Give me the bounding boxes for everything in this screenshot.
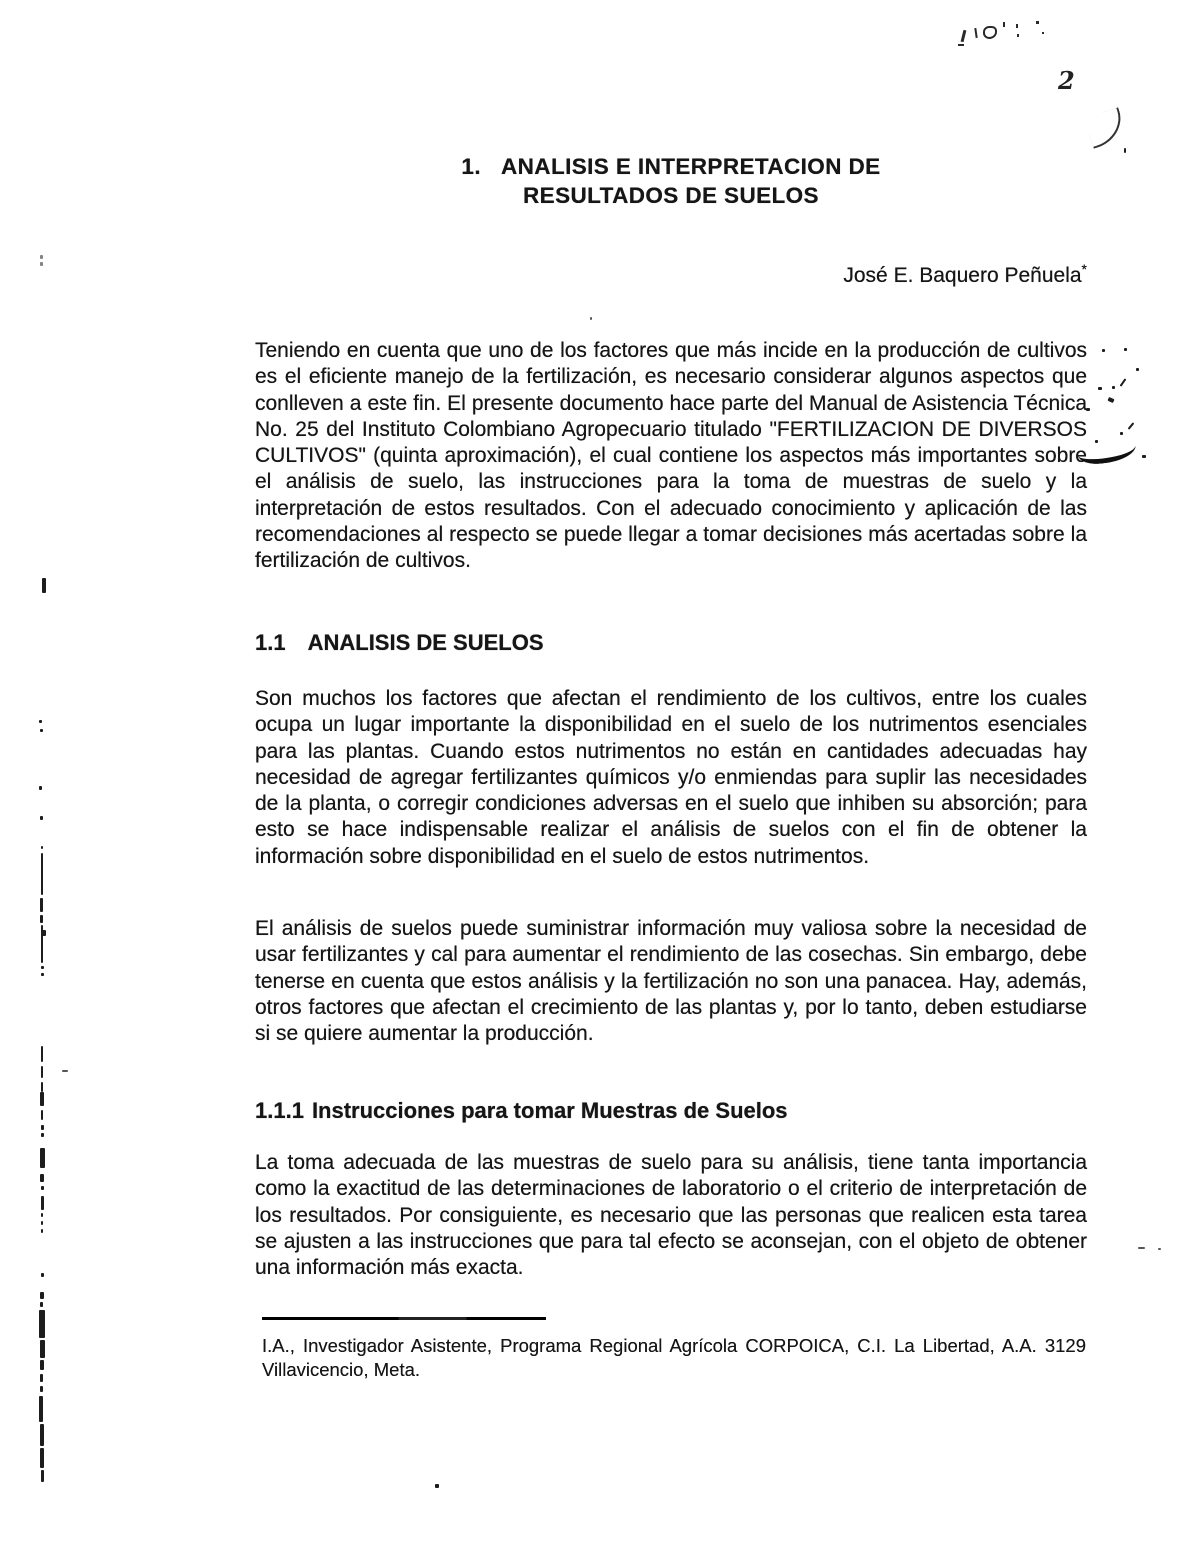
section-1-1-paragraph-1: Son muchos los factores que afectan el r… [255, 686, 1087, 870]
title-text-line1: ANALISIS E INTERPRETACION DE [501, 154, 881, 179]
section-heading-1-1: 1.1ANALISIS DE SUELOS [255, 630, 1087, 656]
section-1-1-number: 1.1 [255, 630, 286, 655]
stray-speck-2 [590, 317, 592, 320]
scanned-document-page: 2 1.ANALISIS E INTERPRETACION DE RESULTA… [0, 0, 1200, 1553]
author-footnote-mark: * [1082, 261, 1087, 277]
author-name: José E. Baquero Peñuela [843, 264, 1081, 287]
section-1-1-paragraph-2: El análisis de suelos puede suministrar … [255, 916, 1087, 1047]
page-number: 2 [1058, 66, 1075, 95]
intro-paragraph: Teniendo en cuenta que uno de los factor… [255, 338, 1087, 575]
section-heading-1-1-1: 1.1.1Instrucciones para tomar Muestras d… [255, 1098, 1087, 1124]
author-line: José E. Baquero Peñuela* [255, 261, 1087, 288]
footnote-text: I.A., Investigador Asistente, Programa R… [262, 1334, 1086, 1381]
section-1-1-1-number: 1.1.1 [255, 1098, 304, 1123]
section-1-1-title: ANALISIS DE SUELOS [308, 630, 544, 655]
section-1-1-1-title: Instrucciones para tomar Muestras de Sue… [312, 1098, 788, 1123]
section-1-1-1-paragraph-1: La toma adecuada de las muestras de suel… [255, 1150, 1087, 1281]
document-title-line1: 1.ANALISIS E INTERPRETACION DE [255, 152, 1087, 181]
pen-swoosh-mark [1077, 435, 1137, 466]
stray-speck [435, 1484, 439, 1488]
title-number: 1. [461, 154, 481, 179]
document-title-line2: RESULTADOS DE SUELOS [255, 181, 1087, 210]
document-title: 1.ANALISIS E INTERPRETACION DE RESULTADO… [255, 152, 1087, 210]
pen-arc-mark [1084, 107, 1128, 149]
footnote-divider [262, 1317, 546, 1320]
pen-dot-mark [1124, 148, 1126, 153]
